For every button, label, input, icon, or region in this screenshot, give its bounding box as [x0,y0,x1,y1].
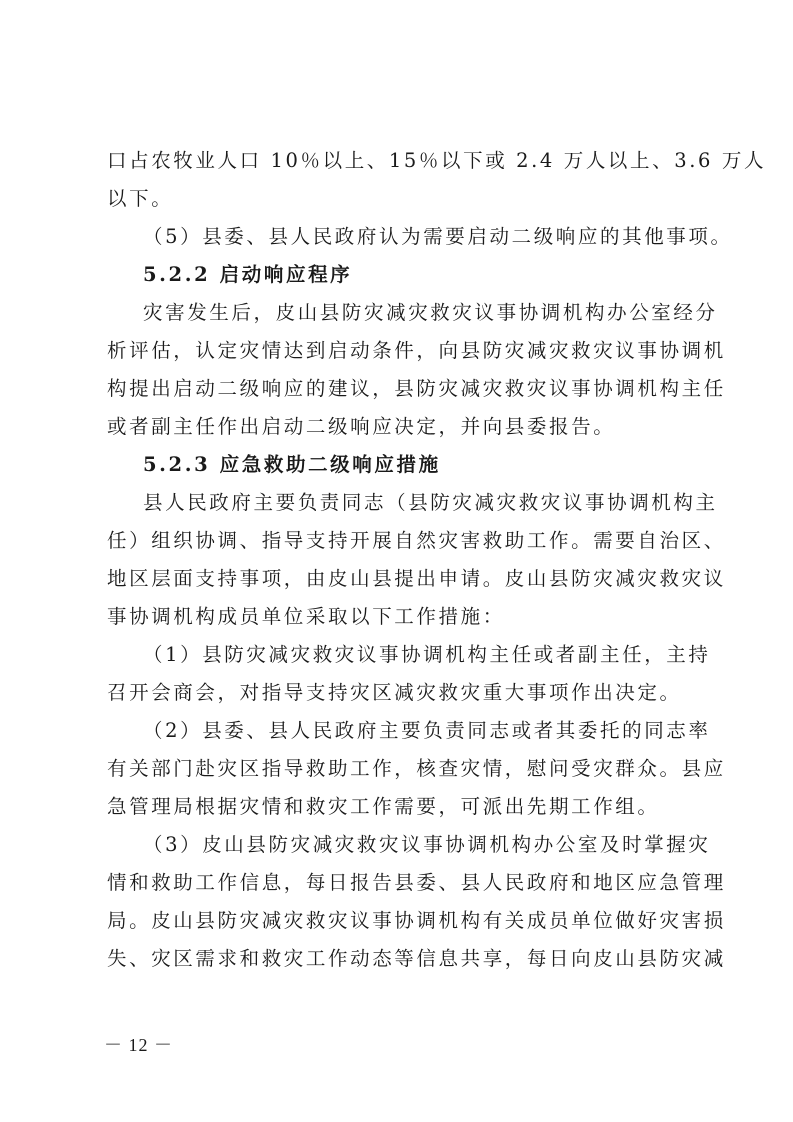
body-text-line: 县人民政府主要负责同志（县防灾减灾救灾议事协调机构主 [143,490,728,516]
body-text-line: 任）组织协调、指导支持开展自然灾害救助工作。需要自治区、 [107,528,692,554]
page-number: － 12 － [104,1034,173,1056]
body-text-line: 口占农牧业人口 10％以上、15％以下或 2.4 万人以上、3.6 万人 [107,148,692,174]
body-text-line: 召开会商会，对指导支持灾区减灾救灾重大事项作出决定。 [107,680,692,706]
section-heading-5-2-2: 5.2.2 启动响应程序 [143,262,728,288]
body-text-line: 事协调机构成员单位采取以下工作措施： [107,604,692,630]
body-text-line: 析评估，认定灾情达到启动条件，向县防灾减灾救灾议事协调机 [107,338,692,364]
body-text-line: 局。皮山县防灾减灾救灾议事协调机构有关成员单位做好灾害损 [107,908,692,934]
body-text-line: 失、灾区需求和救灾工作动态等信息共享，每日向皮山县防灾减 [107,946,692,972]
body-text-line: 灾害发生后，皮山县防灾减灾救灾议事协调机构办公室经分 [143,300,728,326]
list-item-5: （5）县委、县人民政府认为需要启动二级响应的其他事项。 [143,224,728,250]
document-page: 口占农牧业人口 10％以上、15％以下或 2.4 万人以上、3.6 万人 以下。… [0,0,793,1122]
list-item-2: （2）县委、县人民政府主要负责同志或者其委托的同志率 [143,718,728,744]
section-heading-5-2-3: 5.2.3 应急救助二级响应措施 [143,452,728,478]
body-text-line: 情和救助工作信息，每日报告县委、县人民政府和地区应急管理 [107,870,692,896]
body-text-line: 有关部门赴灾区指导救助工作，核查灾情，慰问受灾群众。县应 [107,756,692,782]
list-item-3: （3）皮山县防灾减灾救灾议事协调机构办公室及时掌握灾 [143,832,728,858]
body-text-line: 或者副主任作出启动二级响应决定，并向县委报告。 [107,414,692,440]
body-text-line: 地区层面支持事项，由皮山县提出申请。皮山县防灾减灾救灾议 [107,566,692,592]
body-text-line: 急管理局根据灾情和救灾工作需要，可派出先期工作组。 [107,794,692,820]
body-text-line: 构提出启动二级响应的建议，县防灾减灾救灾议事协调机构主任 [107,376,692,402]
list-item-1: （1）县防灾减灾救灾议事协调机构主任或者副主任，主持 [143,642,728,668]
body-text-line: 以下。 [107,186,692,212]
